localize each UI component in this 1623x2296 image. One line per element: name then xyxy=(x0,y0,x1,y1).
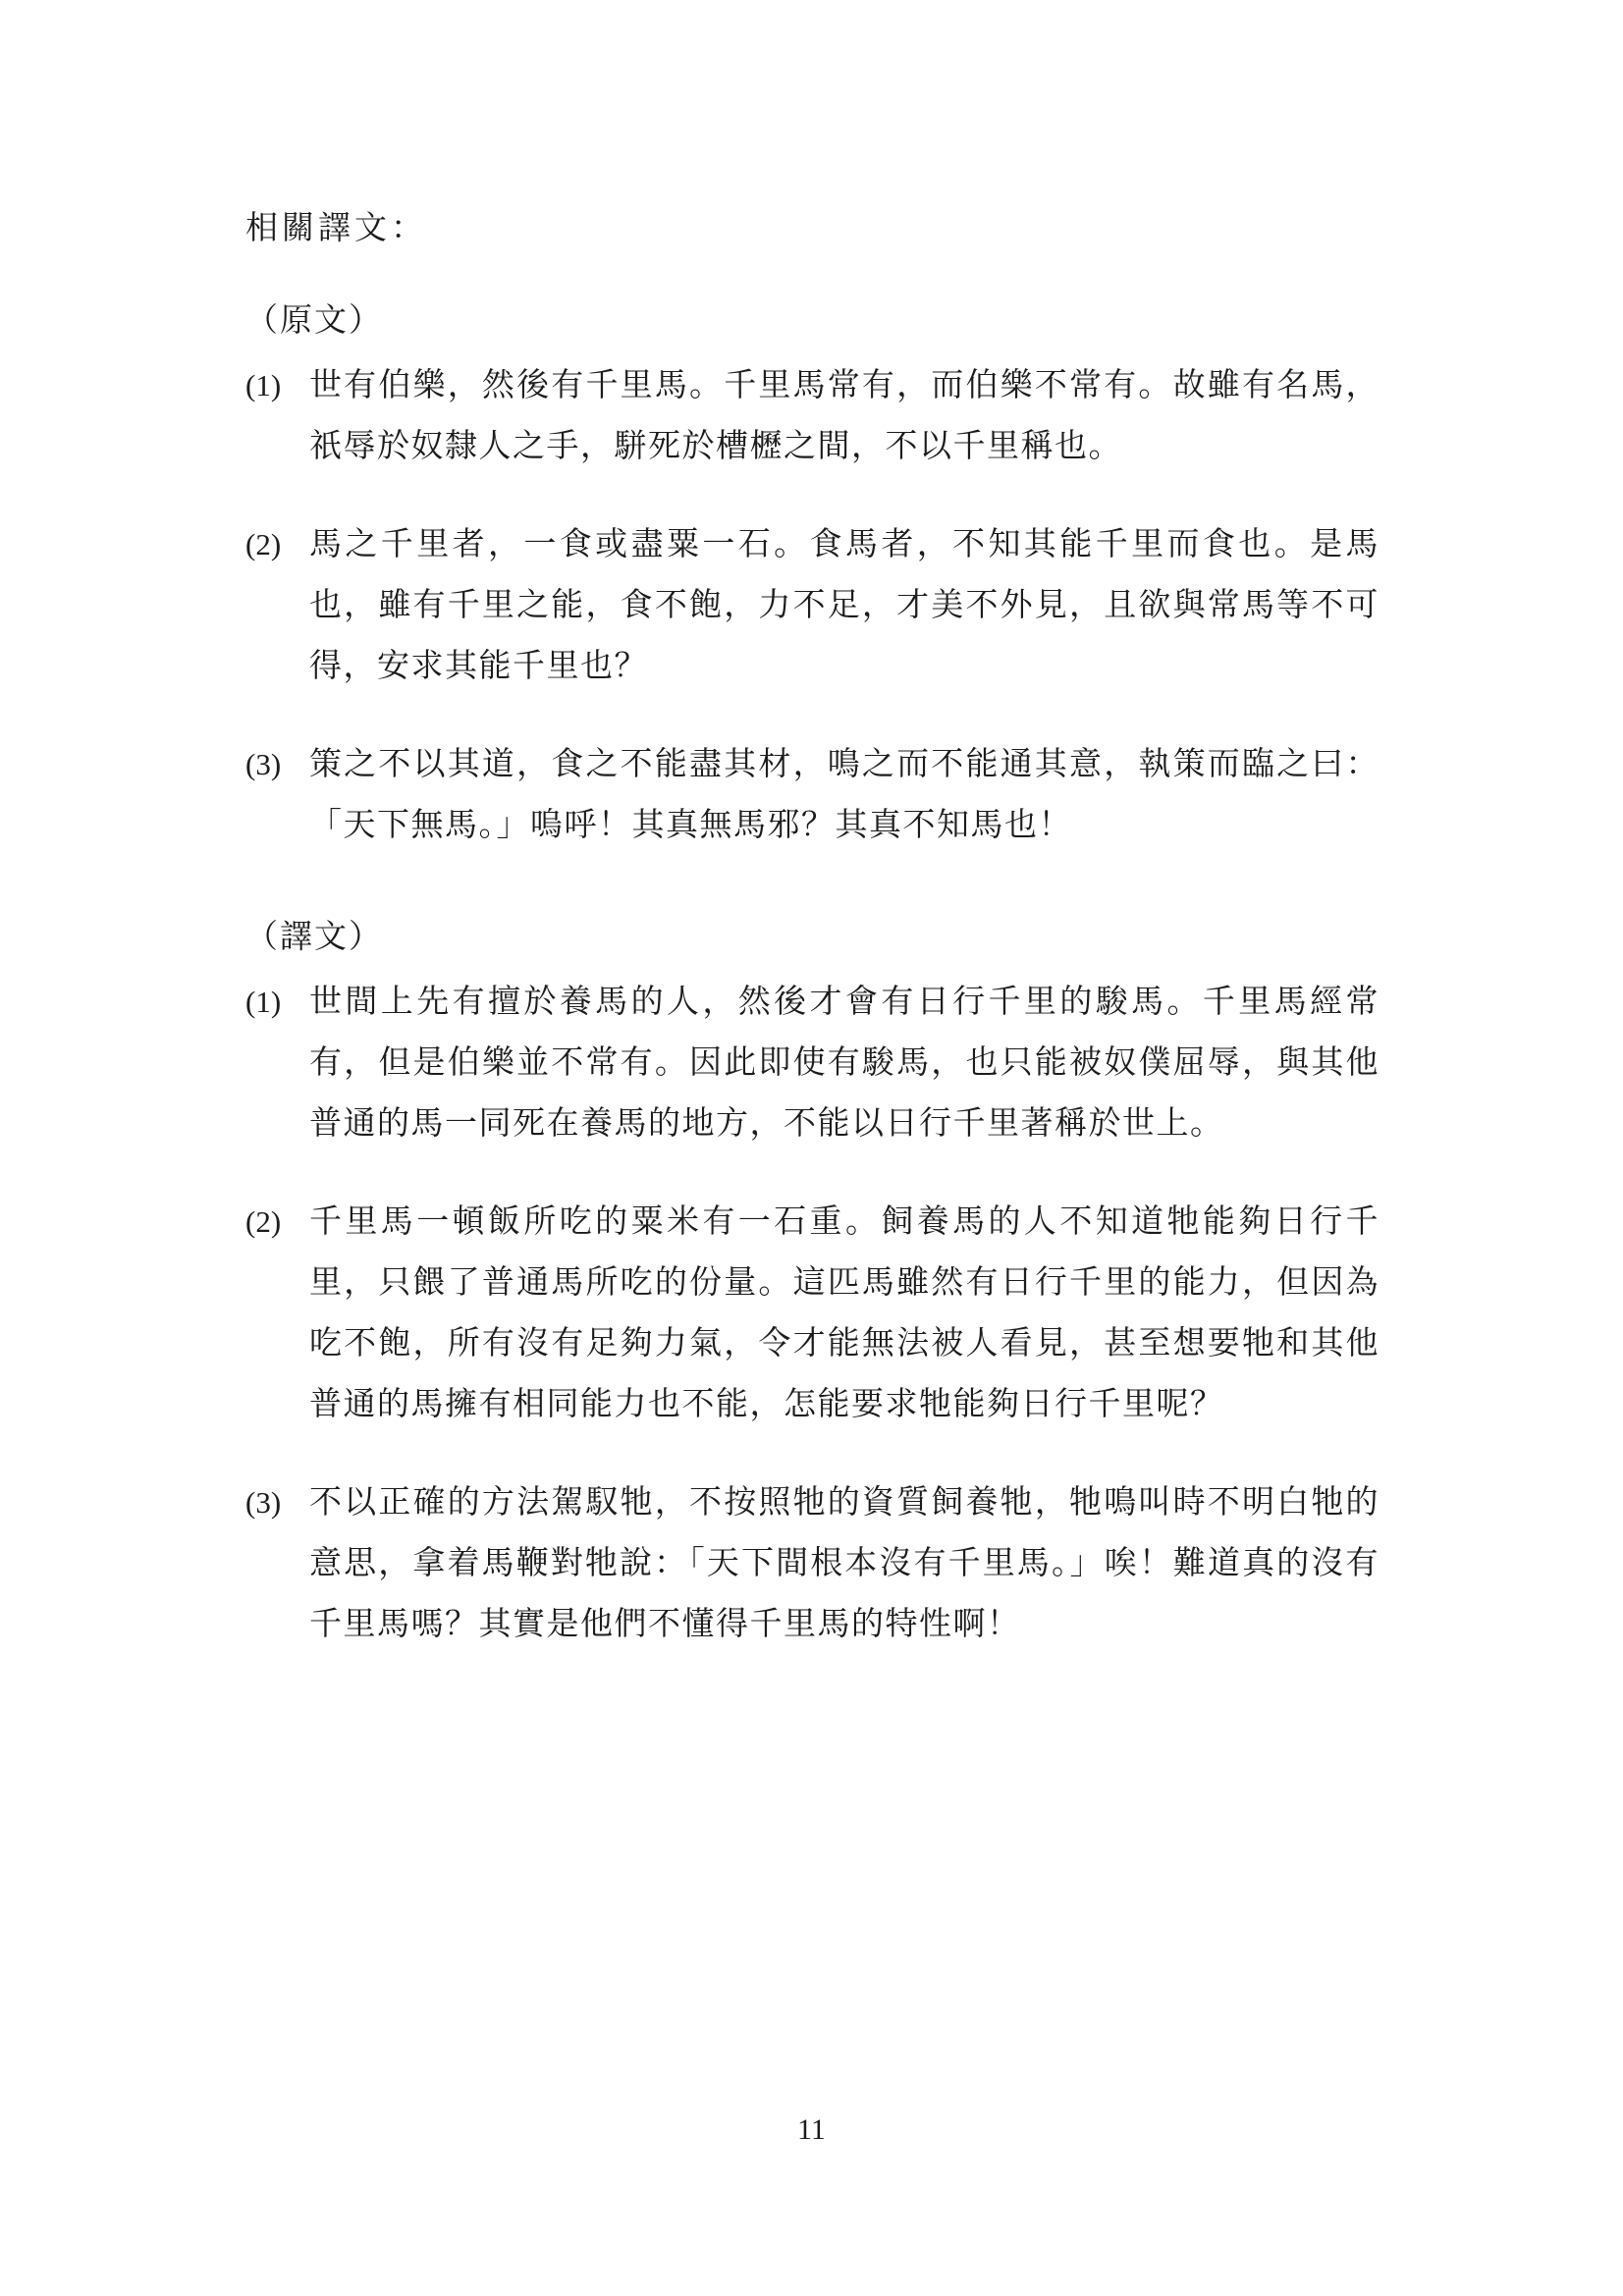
item-text: 世有伯樂，然後有千里馬。千里馬常有，而伯樂不常有。故雖有名馬，祇辱於奴隸人之手，… xyxy=(309,355,1380,477)
list-item: (3) 不以正確的方法駕馭牠，不按照牠的資質飼養牠，牠鳴叫時不明白牠的意思，拿着… xyxy=(245,1472,1380,1655)
item-number: (3) xyxy=(245,1472,309,1533)
item-number: (3) xyxy=(245,734,309,795)
document-page: 相關譯文： （原文） (1) 世有伯樂，然後有千里馬。千里馬常有，而伯樂不常有。… xyxy=(0,0,1623,2296)
item-number: (1) xyxy=(245,972,309,1033)
item-number: (2) xyxy=(245,1192,309,1253)
list-item: (2) 千里馬一頓飯所吃的粟米有一石重。飼養馬的人不知道牠能夠日行千里，只餵了普… xyxy=(245,1192,1380,1435)
section-heading-translation: （譯文） xyxy=(245,917,1380,958)
item-text: 千里馬一頓飯所吃的粟米有一石重。飼養馬的人不知道牠能夠日行千里，只餵了普通馬所吃… xyxy=(309,1192,1380,1435)
page-number: 11 xyxy=(0,2112,1623,2148)
page-title: 相關譯文： xyxy=(245,208,1380,249)
item-text: 不以正確的方法駕馭牠，不按照牠的資質飼養牠，牠鳴叫時不明白牠的意思，拿着馬鞭對牠… xyxy=(309,1472,1380,1655)
item-number: (1) xyxy=(245,355,309,416)
section-translation: （譯文） (1) 世間上先有擅於養馬的人，然後才會有日行千里的駿馬。千里馬經常有… xyxy=(245,917,1380,1655)
list-item: (1) 世間上先有擅於養馬的人，然後才會有日行千里的駿馬。千里馬經常有，但是伯樂… xyxy=(245,972,1380,1154)
item-text: 世間上先有擅於養馬的人，然後才會有日行千里的駿馬。千里馬經常有，但是伯樂並不常有… xyxy=(309,972,1380,1154)
section-heading-original: （原文） xyxy=(245,300,1380,342)
list-item: (2) 馬之千里者，一食或盡粟一石。食馬者，不知其能千里而食也。是馬也，雖有千里… xyxy=(245,514,1380,697)
section-original-text: （原文） (1) 世有伯樂，然後有千里馬。千里馬常有，而伯樂不常有。故雖有名馬，… xyxy=(245,300,1380,856)
list-item: (3) 策之不以其道，食之不能盡其材，鳴之而不能通其意，執策而臨之曰：「天下無馬… xyxy=(245,734,1380,856)
list-item: (1) 世有伯樂，然後有千里馬。千里馬常有，而伯樂不常有。故雖有名馬，祇辱於奴隸… xyxy=(245,355,1380,477)
item-number: (2) xyxy=(245,514,309,575)
item-text: 馬之千里者，一食或盡粟一石。食馬者，不知其能千里而食也。是馬也，雖有千里之能，食… xyxy=(309,514,1380,697)
item-text: 策之不以其道，食之不能盡其材，鳴之而不能通其意，執策而臨之曰：「天下無馬。」嗚呼… xyxy=(309,734,1380,856)
